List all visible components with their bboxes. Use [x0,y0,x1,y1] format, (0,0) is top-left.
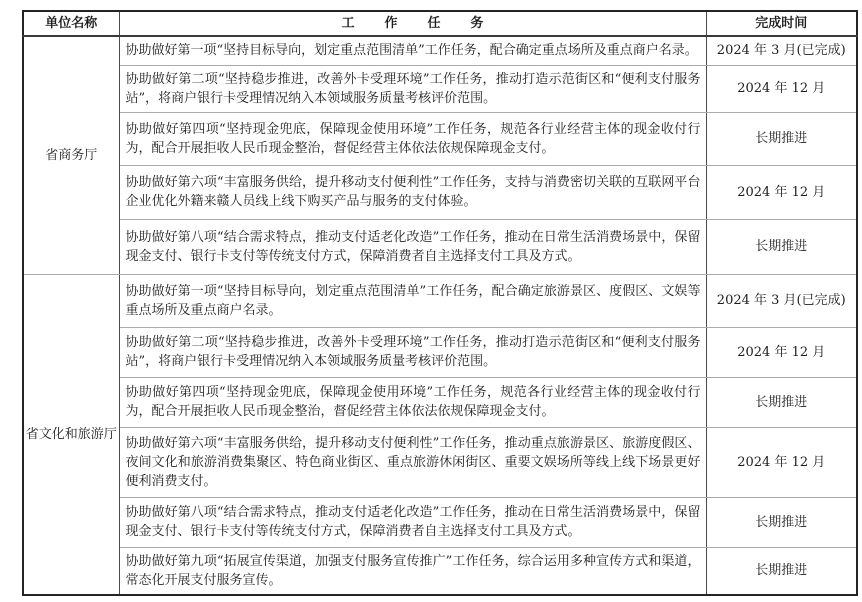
document-page: 单位名称 工作任务 完成时间 省商务厅 协助做好第一项“坚持目标导向，划定重点范… [0,0,862,602]
deadline-cell: 2024 年 3 月(已完成) [706,274,857,327]
task-cell: 协助做好第六项“丰富服务供给，提升移动支付便利性”工作任务，推动重点旅游景区、旅… [119,427,706,497]
work-tasks-table: 单位名称 工作任务 完成时间 省商务厅 协助做好第一项“坚持目标导向，划定重点范… [22,10,858,596]
table-row: 协助做好第二项“坚持稳步推进，改善外卡受理环境”工作任务，推动打造示范街区和“便… [23,65,857,112]
header-work-task: 工作任务 [119,11,706,36]
header-work-task-label: 工作任务 [342,16,514,31]
task-cell: 协助做好第六项“丰富服务供给，提升移动支付便利性”工作任务，支持与消费密切关联的… [119,165,706,219]
deadline-cell: 2024 年 12 月 [706,165,857,219]
task-cell: 协助做好第一项“坚持目标导向，划定重点范围清单”工作任务，配合确定重点场所及重点… [119,36,706,65]
deadline-cell: 长期推进 [706,497,857,547]
task-cell: 协助做好第八项“结合需求特点，推动支付适老化改造”工作任务，推动在日常生活消费场… [119,497,706,547]
header-deadline: 完成时间 [706,11,857,36]
table-row: 省商务厅 协助做好第一项“坚持目标导向，划定重点范围清单”工作任务，配合确定重点… [23,36,857,65]
deadline-cell: 2024 年 3 月(已完成) [706,36,857,65]
unit-cell-culture-tourism-dept: 省文化和旅游厅 [23,274,119,595]
table-row: 协助做好第九项“拓展宣传渠道，加强支付服务宣传推广”工作任务，综合运用多种宣传方… [23,547,857,595]
task-cell: 协助做好第二项“坚持稳步推进，改善外卡受理环境”工作任务，推动打造示范街区和“便… [119,327,706,377]
table-row: 省文化和旅游厅 协助做好第一项“坚持目标导向，划定重点范围清单”工作任务，配合确… [23,274,857,327]
header-unit-name: 单位名称 [23,11,119,36]
table-row: 协助做好第二项“坚持稳步推进，改善外卡受理环境”工作任务，推动打造示范街区和“便… [23,327,857,377]
deadline-cell: 2024 年 12 月 [706,427,857,497]
task-cell: 协助做好第四项“坚持现金兜底，保障现金使用环境”工作任务，规范各行业经营主体的现… [119,377,706,427]
unit-cell-commerce-dept: 省商务厅 [23,36,119,274]
table-row: 协助做好第六项“丰富服务供给，提升移动支付便利性”工作任务，推动重点旅游景区、旅… [23,427,857,497]
table-row: 协助做好第四项“坚持现金兜底，保障现金使用环境”工作任务，规范各行业经营主体的现… [23,377,857,427]
table-row: 协助做好第八项“结合需求特点，推动支付适老化改造”工作任务，推动在日常生活消费场… [23,497,857,547]
task-cell: 协助做好第八项“结合需求特点，推动支付适老化改造”工作任务，推动在日常生活消费场… [119,219,706,274]
task-cell: 协助做好第二项“坚持稳步推进，改善外卡受理环境”工作任务，推动打造示范街区和“便… [119,65,706,112]
table-row: 协助做好第六项“丰富服务供给，提升移动支付便利性”工作任务，支持与消费密切关联的… [23,165,857,219]
table-row: 协助做好第四项“坚持现金兜底，保障现金使用环境”工作任务，规范各行业经营主体的现… [23,112,857,165]
deadline-cell: 2024 年 12 月 [706,65,857,112]
deadline-cell: 长期推进 [706,377,857,427]
deadline-cell: 2024 年 12 月 [706,327,857,377]
deadline-cell: 长期推进 [706,219,857,274]
header-row: 单位名称 工作任务 完成时间 [23,11,857,36]
deadline-cell: 长期推进 [706,547,857,595]
task-cell: 协助做好第四项“坚持现金兜底，保障现金使用环境”工作任务，规范各行业经营主体的现… [119,112,706,165]
task-cell: 协助做好第九项“拓展宣传渠道，加强支付服务宣传推广”工作任务，综合运用多种宣传方… [119,547,706,595]
task-cell: 协助做好第一项“坚持目标导向，划定重点范围清单”工作任务，配合确定旅游景区、度假… [119,274,706,327]
deadline-cell: 长期推进 [706,112,857,165]
table-row: 协助做好第八项“结合需求特点，推动支付适老化改造”工作任务，推动在日常生活消费场… [23,219,857,274]
